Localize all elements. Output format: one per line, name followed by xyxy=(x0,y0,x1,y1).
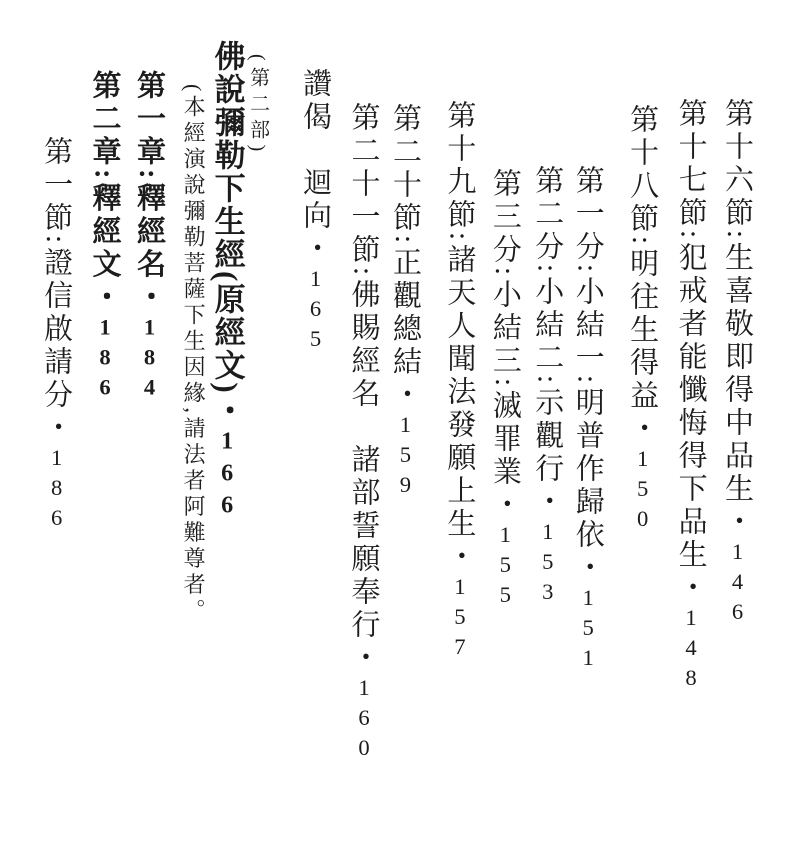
toc-entry-verse-dedication: 讚偈 迴向・165 xyxy=(300,0,330,844)
toc-page: 第十六節:生喜敬即得中品生・146 第十七節:犯戒者能懺悔得下品生・148 第十… xyxy=(0,0,800,844)
toc-entry-section-20: 第二十節:正觀總結・159 xyxy=(390,0,420,844)
toc-part-2-title: 佛說彌勒下生經(原經文)・166 xyxy=(210,0,243,844)
toc-entry-section-16: 第十六節:生喜敬即得中品生・146 xyxy=(722,0,752,844)
toc-entry-section-18: 第十八節:明往生得益・150 xyxy=(627,0,657,844)
toc-entry-chapter-2: 第二章:釋經文・186 xyxy=(89,0,119,844)
toc-entry-chapter-1: 第一章:釋經名・184 xyxy=(134,0,164,844)
toc-entry-section-1: 第一節:證信啟請分・186 xyxy=(41,0,71,844)
toc-entry-section-21: 第二十一節:佛賜經名 諸部誓願奉行・160 xyxy=(348,0,378,844)
toc-entry-subsection-3: 第三分:小結三:滅罪業・155 xyxy=(489,0,519,844)
toc-part-2-note: (本經演說彌勒菩薩下生因緣,請法者阿難尊者。 xyxy=(182,0,205,844)
toc-entry-subsection-2: 第二分:小結二:示觀行・153 xyxy=(532,0,562,844)
toc-entry-subsection-1: 第一分:小結一:明普作歸依・151 xyxy=(572,0,602,844)
toc-part-2-label: (第二部) xyxy=(248,0,268,844)
toc-entry-section-17: 第十七節:犯戒者能懺悔得下品生・148 xyxy=(675,0,705,844)
toc-entry-section-19: 第十九節:諸天人聞法發願上生・157 xyxy=(444,0,474,844)
